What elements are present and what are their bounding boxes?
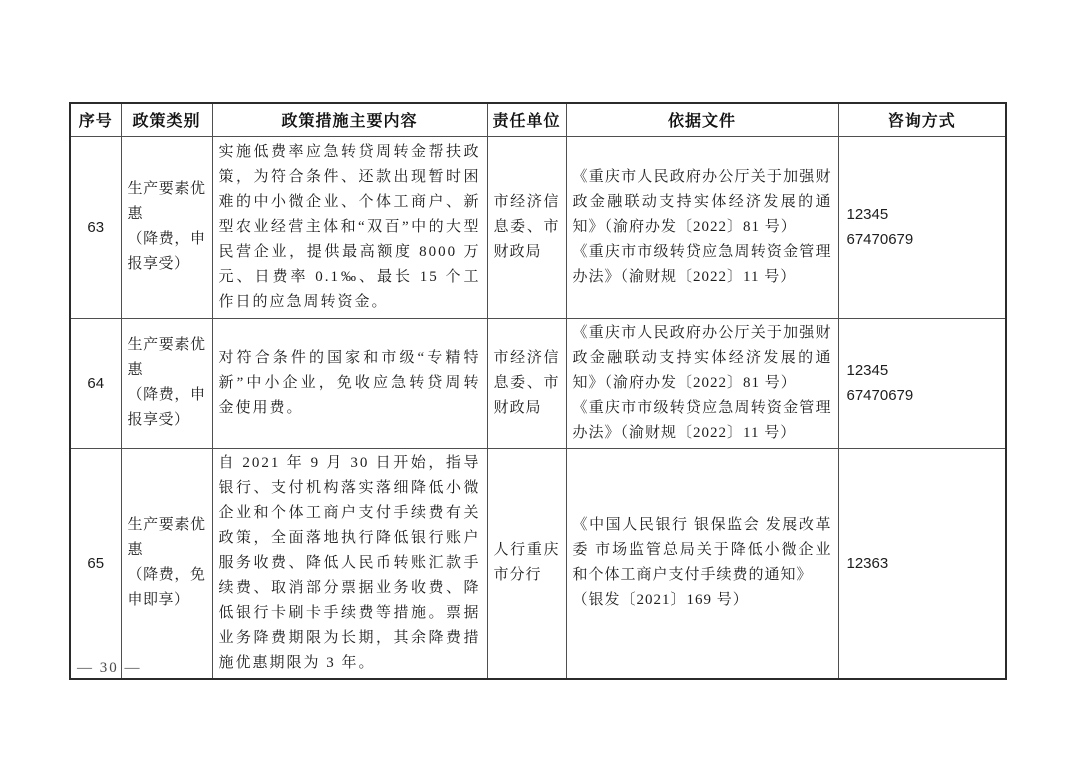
- column-header-unit: 责任单位: [487, 103, 566, 136]
- cell-unit-64: 市经济信息委、市财政局: [487, 318, 566, 448]
- cell-content-65: 自 2021 年 9 月 30 日开始，指导银行、支付机构落实落细降低小微企业和…: [212, 448, 487, 679]
- cell-basis-63: 《重庆市人民政府办公厅关于加强财政金融联动支持实体经济发展的通知》（渝府办发〔2…: [566, 136, 838, 318]
- cell-category-64: 生产要素优惠 （降费，申报享受）: [121, 318, 212, 448]
- column-header-content: 政策措施主要内容: [212, 103, 487, 136]
- cell-unit-63: 市经济信息委、市财政局: [487, 136, 566, 318]
- policy-table: 序号 政策类别 政策措施主要内容 责任单位 依据文件 咨询方式 63 生产要素优…: [69, 102, 1007, 680]
- table-header-row: 序号 政策类别 政策措施主要内容 责任单位 依据文件 咨询方式: [70, 103, 1006, 136]
- column-header-contact: 咨询方式: [838, 103, 1006, 136]
- page-sheet: 序号 政策类别 政策措施主要内容 责任单位 依据文件 咨询方式 63 生产要素优…: [0, 0, 1074, 757]
- cell-basis-64: 《重庆市人民政府办公厅关于加强财政金融联动支持实体经济发展的通知》（渝府办发〔2…: [566, 318, 838, 448]
- cell-seq-63: 63: [70, 136, 121, 318]
- cell-seq-64: 64: [70, 318, 121, 448]
- page-number: — 30 —: [77, 660, 142, 677]
- cell-contact-63: 12345 67470679: [838, 136, 1006, 318]
- table-row-64: 64 生产要素优惠 （降费，申报享受） 对符合条件的国家和市级“专精特新”中小企…: [70, 318, 1006, 448]
- cell-basis-65: 《中国人民银行 银保监会 发展改革委 市场监管总局关于降低小微企业和个体工商户支…: [566, 448, 838, 679]
- cell-contact-65: 12363: [838, 448, 1006, 679]
- cell-category-65: 生产要素优惠 （降费，免申即享）: [121, 448, 212, 679]
- column-header-basis: 依据文件: [566, 103, 838, 136]
- cell-unit-65: 人行重庆市分行: [487, 448, 566, 679]
- column-header-seq: 序号: [70, 103, 121, 136]
- cell-seq-65: 65: [70, 448, 121, 679]
- table-row-63: 63 生产要素优惠 （降费，申报享受） 实施低费率应急转贷周转金帮扶政策，为符合…: [70, 136, 1006, 318]
- column-header-category: 政策类别: [121, 103, 212, 136]
- cell-contact-64: 12345 67470679: [838, 318, 1006, 448]
- cell-category-63: 生产要素优惠 （降费，申报享受）: [121, 136, 212, 318]
- cell-content-63: 实施低费率应急转贷周转金帮扶政策，为符合条件、还款出现暂时困难的中小微企业、个体…: [212, 136, 487, 318]
- table-row-65: 65 生产要素优惠 （降费，免申即享） 自 2021 年 9 月 30 日开始，…: [70, 448, 1006, 679]
- cell-content-64: 对符合条件的国家和市级“专精特新”中小企业，免收应急转贷周转金使用费。: [212, 318, 487, 448]
- document-page: { "page": { "number": "— 30 —" }, "table…: [0, 0, 1074, 757]
